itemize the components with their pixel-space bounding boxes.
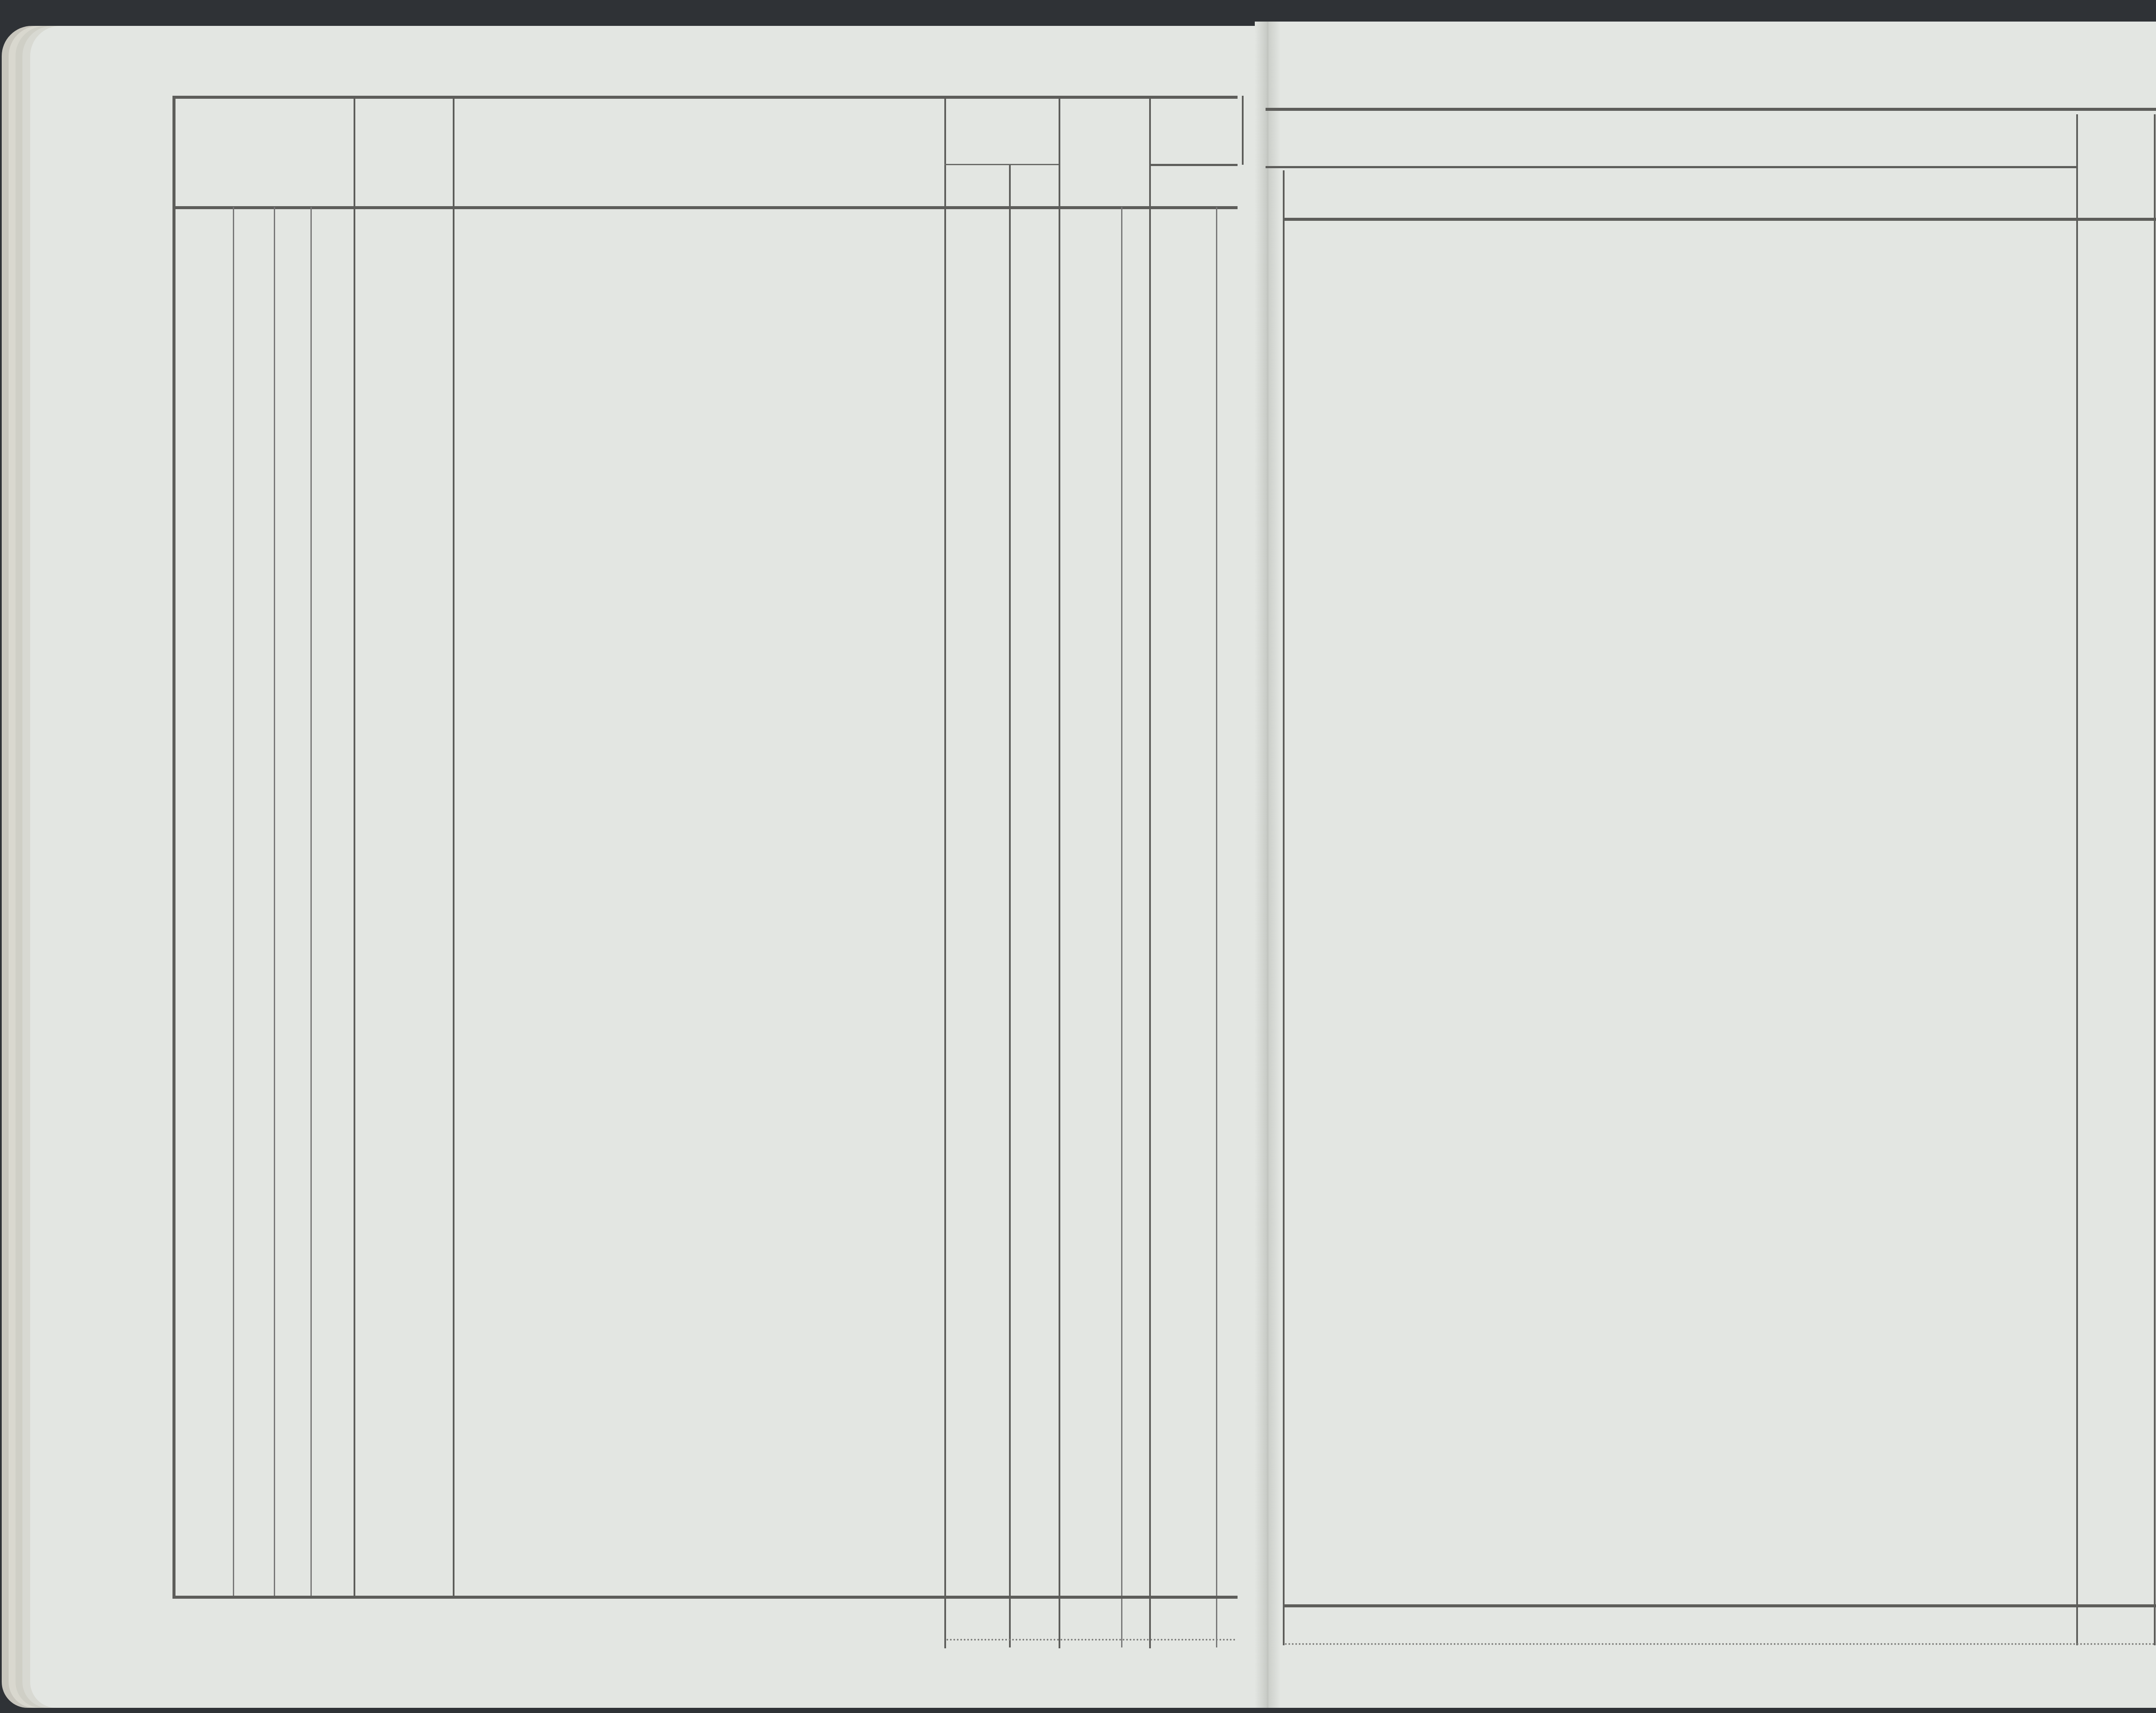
right-sum-dotted-line [1285, 1643, 2156, 1645]
right-header-bottom-border [1283, 218, 2156, 221]
left-table-bottom-border [172, 1596, 1238, 1599]
left-table-top-border [172, 96, 1238, 99]
open-ledger-book [13, 13, 2156, 1708]
col1-sub-a [233, 207, 234, 1596]
years-group-divider [1266, 166, 2076, 168]
col-divider-16-17 [2076, 114, 2078, 1645]
col7-sub-divider [1149, 164, 1238, 166]
col-6-decimal-divider [1121, 207, 1122, 1647]
col-divider-2-3 [453, 96, 454, 1597]
book-gutter [1255, 22, 1281, 1708]
right-table-bottom-line [1283, 1604, 2156, 1607]
col1-sub-c [310, 207, 312, 1596]
right-table-left-border [1283, 170, 1285, 1645]
left-page [30, 26, 1272, 1708]
left-header-bottom-border [172, 206, 1238, 209]
right-page [1272, 22, 2156, 1708]
col3-header [457, 129, 944, 139]
col-7-decimal-divider [1216, 207, 1217, 1647]
sum-dotted-line [946, 1639, 1235, 1641]
col-divider-17-18 [2154, 114, 2156, 1645]
col1-sub-b [274, 207, 275, 1596]
col-divider-1-2 [354, 96, 355, 1597]
col-divider-4-5 [1009, 164, 1011, 1647]
riferimenti-sub-divider [944, 164, 1059, 165]
left-top-right-edge [1242, 96, 1244, 165]
right-table-top-border [1266, 108, 2156, 111]
left-table-left-border [172, 96, 175, 1597]
col-divider-3-4 [944, 96, 946, 1648]
col-divider-6-7 [1149, 96, 1151, 1648]
col-divider-5-6 [1059, 96, 1060, 1648]
